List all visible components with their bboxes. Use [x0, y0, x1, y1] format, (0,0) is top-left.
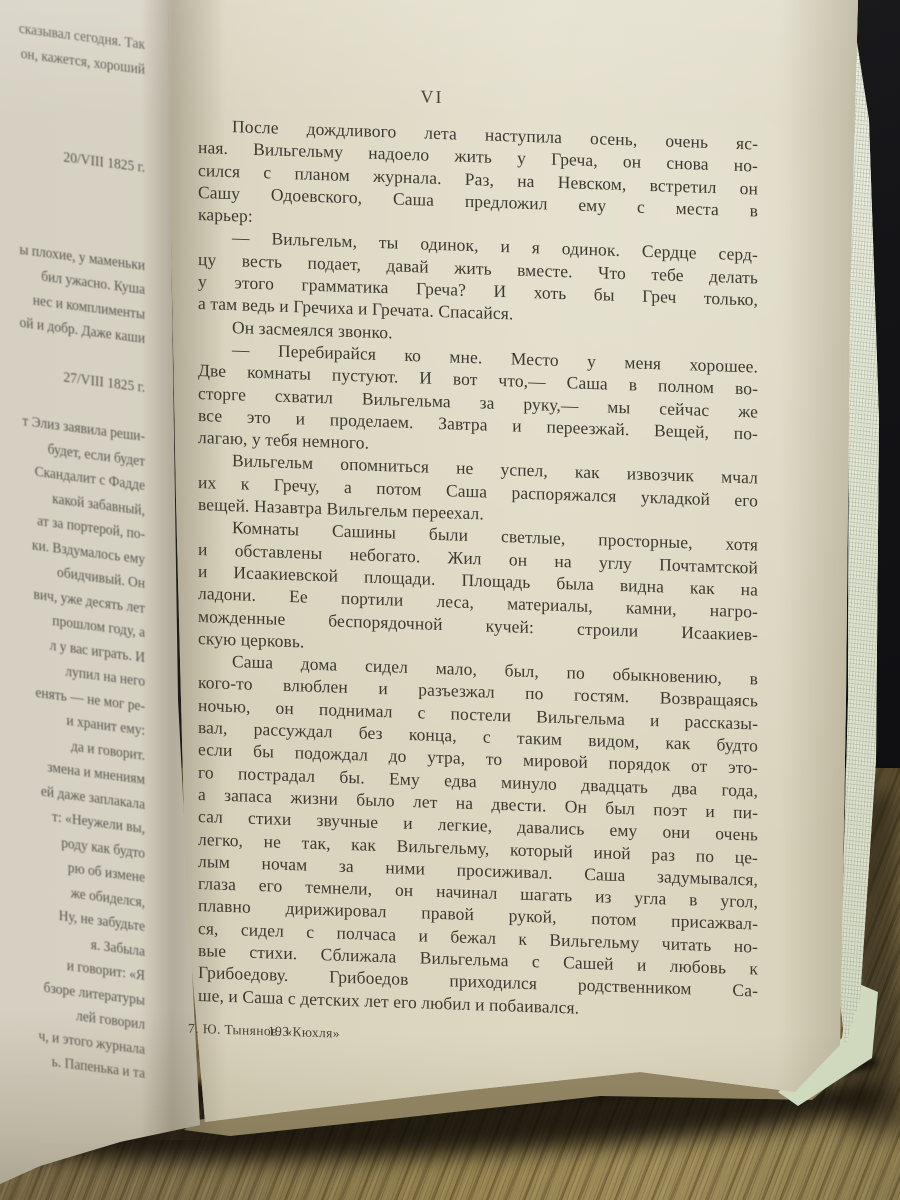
right-page-text: VI После дождливого лета наступила осень… — [198, 78, 758, 1059]
body-text: После дождливого лета наступила осень, о… — [198, 114, 758, 1024]
left-page-text: сказывал сегодня. Такон, кажется, хороши… — [0, 6, 145, 1087]
book-photo: сказывал сегодня. Такон, кажется, хороши… — [0, 0, 900, 1200]
